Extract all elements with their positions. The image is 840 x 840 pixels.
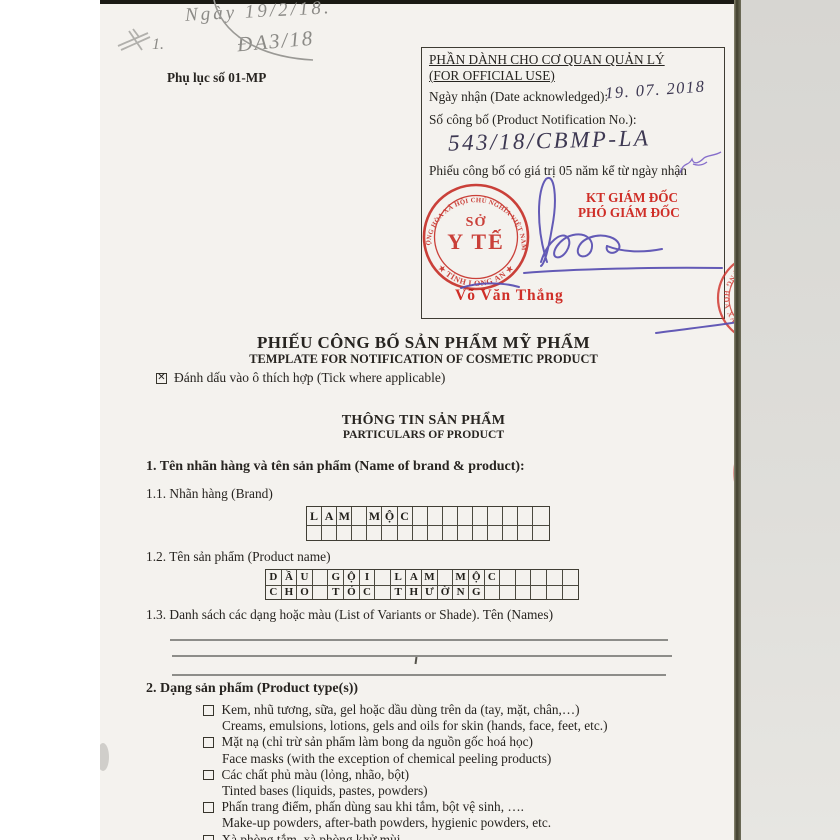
grid-cell [313, 570, 329, 585]
checklist-item: Xà phòng tắm, xà phòng khử mùi,….. [203, 832, 708, 840]
grid-cell: Ó [344, 586, 360, 600]
checklist-item-vn: Mặt nạ (chỉ trừ sản phẩm làm bong da ngu… [222, 734, 533, 750]
svg-text:★ TỈNH LONG AN ★: ★ TỈNH LONG AN ★ [436, 263, 515, 288]
grid-cell: Ộ [382, 507, 397, 525]
grid-cell [428, 507, 443, 525]
grid-row: CHOTÓCTHƯỜNG [266, 586, 578, 600]
tick-checkbox-checked: ✕ [156, 373, 167, 384]
grid-cell: G [328, 570, 344, 585]
product-type-checkbox [203, 835, 214, 840]
grid-cell: O [297, 586, 313, 600]
grid-cell: Ộ [344, 570, 360, 585]
variants-label: 1.3. Danh sách các dạng hoặc màu (List o… [146, 607, 553, 623]
grid-cell [531, 586, 547, 600]
grid-cell [503, 507, 518, 525]
checklist-item: Mặt nạ (chỉ trừ sản phẩm làm bong da ngu… [203, 734, 708, 766]
grid-cell [382, 526, 397, 540]
brand-name-grid: LAMMỘC [306, 506, 550, 541]
grid-cell [516, 586, 532, 600]
grid-cell: M [367, 507, 382, 525]
grid-cell [352, 526, 367, 540]
form-title-en: TEMPLATE FOR NOTIFICATION OF COSMETIC PR… [106, 352, 735, 367]
product-name-label: 1.2. Tên sản phẩm (Product name) [146, 549, 331, 565]
grid-cell [503, 526, 518, 540]
grid-cell [500, 586, 516, 600]
checklist-item-vn: Kem, nhũ tương, sữa, gel hoặc dầu dùng t… [222, 702, 580, 718]
grid-cell: Ầ [282, 570, 298, 585]
grid-cell: G [469, 586, 485, 600]
section-title-vn: THÔNG TIN SẢN PHẨM [106, 413, 735, 429]
grid-cell [428, 526, 443, 540]
tick-instruction-label: Đánh dấu vào ô thích hợp (Tick where app… [174, 370, 445, 386]
checklist-item-vn: Phấn trang điểm, phấn dùng sau khi tắm, … [222, 799, 524, 815]
page-edge-shadow [734, 0, 741, 840]
grid-cell [458, 526, 473, 540]
handwritten-page-number: 1. [152, 36, 164, 54]
grid-cell [531, 570, 547, 585]
grid-cell [313, 586, 329, 600]
checklist-item-en: Tinted bases (liquids, pastes, powders) [203, 783, 708, 799]
grid-cell: T [328, 586, 344, 600]
grid-cell: C [485, 570, 501, 585]
grid-cell: M [422, 570, 438, 585]
grid-row: LAMMỘC [307, 507, 549, 526]
pencil-scribble [118, 29, 150, 50]
grid-cell [473, 507, 488, 525]
checklist-item-vn: Các chất phủ màu (lỏng, nhão, bột) [222, 767, 410, 783]
grid-cell: L [307, 507, 322, 525]
checklist-item-vn: Xà phòng tắm, xà phòng khử mùi,….. [222, 832, 424, 840]
grid-cell [518, 526, 533, 540]
variants-blank-line-1 [170, 639, 668, 641]
official-box-title-en: (FOR OFFICIAL USE) [429, 68, 555, 84]
document-page: Ngày 19/2/18. ĐA3/18 1. Phụ lục số 01-MP… [100, 0, 735, 840]
official-box-title-vn: PHẦN DÀNH CHO CƠ QUAN QUẢN LÝ [429, 52, 665, 68]
appendix-label: Phụ lục số 01-MP [167, 70, 266, 86]
grid-cell: A [322, 507, 337, 525]
grid-cell: M [337, 507, 352, 525]
checklist-item: Kem, nhũ tương, sữa, gel hoặc dầu dùng t… [203, 702, 708, 734]
section2-heading: 2. Dạng sản phẩm (Product type(s)) [146, 681, 358, 697]
grid-cell [443, 526, 458, 540]
brand-label: 1.1. Nhãn hàng (Brand) [146, 486, 273, 502]
grid-cell [516, 570, 532, 585]
grid-cell [533, 507, 548, 525]
date-acknowledged-label: Ngày nhận (Date acknowledged): [429, 89, 608, 105]
grid-cell [443, 507, 458, 525]
grid-cell: C [398, 507, 413, 525]
grid-cell [547, 570, 563, 585]
grid-cell: Ờ [438, 586, 454, 600]
grid-cell [352, 507, 367, 525]
tick-x-mark: ✕ [157, 373, 165, 383]
grid-cell: H [282, 586, 298, 600]
grid-cell [563, 570, 579, 585]
checklist-item: Phấn trang điểm, phấn dùng sau khi tắm, … [203, 799, 708, 831]
grid-cell: N [453, 586, 469, 600]
product-type-checklist: Kem, nhũ tương, sữa, gel hoặc dầu dùng t… [203, 702, 708, 840]
grid-cell [307, 526, 322, 540]
grid-cell: D [266, 570, 282, 585]
grid-cell [488, 526, 503, 540]
grid-cell: Ư [422, 586, 438, 600]
grid-cell [322, 526, 337, 540]
handwritten-top-date: Ngày 19/2/18. [185, 0, 333, 27]
grid-cell [488, 507, 503, 525]
grid-cell [518, 507, 533, 525]
grid-cell: H [406, 586, 422, 600]
grid-cell [375, 570, 391, 585]
grid-cell [438, 570, 454, 585]
grid-cell: M [453, 570, 469, 585]
grid-cell [473, 526, 488, 540]
stamp-org-line2: Y TẾ [447, 229, 505, 254]
product-type-checkbox [203, 770, 214, 781]
grid-cell: Ộ [469, 570, 485, 585]
handwritten-ref-number: ĐA3/18 [236, 26, 315, 58]
grid-cell [413, 526, 428, 540]
grid-cell [458, 507, 473, 525]
grid-cell [398, 526, 413, 540]
product-type-checkbox [203, 705, 214, 716]
grid-cell: A [406, 570, 422, 585]
signer-title-1: KT GIÁM ĐỐC [586, 190, 678, 206]
stray-pen-tick [415, 657, 418, 664]
variants-blank-line-3 [172, 674, 666, 676]
checklist-item: Các chất phủ màu (lỏng, nhão, bột) Tinte… [203, 767, 708, 799]
grid-cell: I [360, 570, 376, 585]
tick-instruction-row: ✕ Đánh dấu vào ô thích hợp (Tick where a… [156, 370, 445, 386]
grid-cell [413, 507, 428, 525]
checklist-item-en: Make-up powders, after-bath powders, hyg… [203, 815, 708, 831]
grid-cell [547, 586, 563, 600]
product-name-grid: DẦUGỘILAMMỘCCHOTÓCTHƯỜNG [265, 569, 579, 600]
scanner-margin-left [0, 0, 100, 840]
form-title-vn: PHIẾU CÔNG BỐ SẢN PHẨM MỸ PHẨM [106, 333, 735, 353]
section1-heading: 1. Tên nhãn hàng và tên sản phẩm (Name o… [146, 459, 525, 475]
grid-cell: C [360, 586, 376, 600]
stamp-arc-bottom-text: ★ TỈNH LONG AN ★ [436, 263, 515, 288]
grid-cell: L [391, 570, 407, 585]
product-type-checkbox [203, 737, 214, 748]
grid-cell [375, 586, 391, 600]
scan-smudge [100, 743, 109, 771]
grid-row: DẦUGỘILAMMỘC [266, 570, 578, 586]
grid-cell [485, 586, 501, 600]
checklist-item-en: Creams, emulsions, lotions, gels and oil… [203, 718, 708, 734]
scanned-document: Ngày 19/2/18. ĐA3/18 1. Phụ lục số 01-MP… [0, 0, 840, 840]
grid-cell [337, 526, 352, 540]
scanner-margin-right [741, 0, 840, 840]
so-y-te-round-stamp: CỘNG HÒA XÃ HỘI CHỦ NGHĨA VIỆT NAM ★ TỈN… [416, 177, 536, 297]
grid-cell [533, 526, 548, 540]
grid-cell [563, 586, 579, 600]
signer-title-2: PHÓ GIÁM ĐỐC [578, 205, 680, 221]
checklist-item-en: Face masks (with the exception of chemic… [203, 751, 708, 767]
handwritten-date-acknowledged: 19. 07. 2018 [604, 77, 706, 104]
handwritten-notification-number: 543/18/CBMP-LA [448, 125, 651, 156]
section-title-en: PARTICULARS OF PRODUCT [106, 428, 735, 441]
product-type-checkbox [203, 802, 214, 813]
stamp-org-line1: SỞ [466, 213, 487, 230]
grid-cell [367, 526, 382, 540]
grid-cell: T [391, 586, 407, 600]
official-use-box: PHẦN DÀNH CHO CƠ QUAN QUẢN LÝ (FOR OFFIC… [421, 47, 725, 319]
variants-blank-line-2 [172, 655, 672, 657]
grid-row [307, 526, 549, 540]
grid-cell: C [266, 586, 282, 600]
grid-cell: U [297, 570, 313, 585]
grid-cell [500, 570, 516, 585]
